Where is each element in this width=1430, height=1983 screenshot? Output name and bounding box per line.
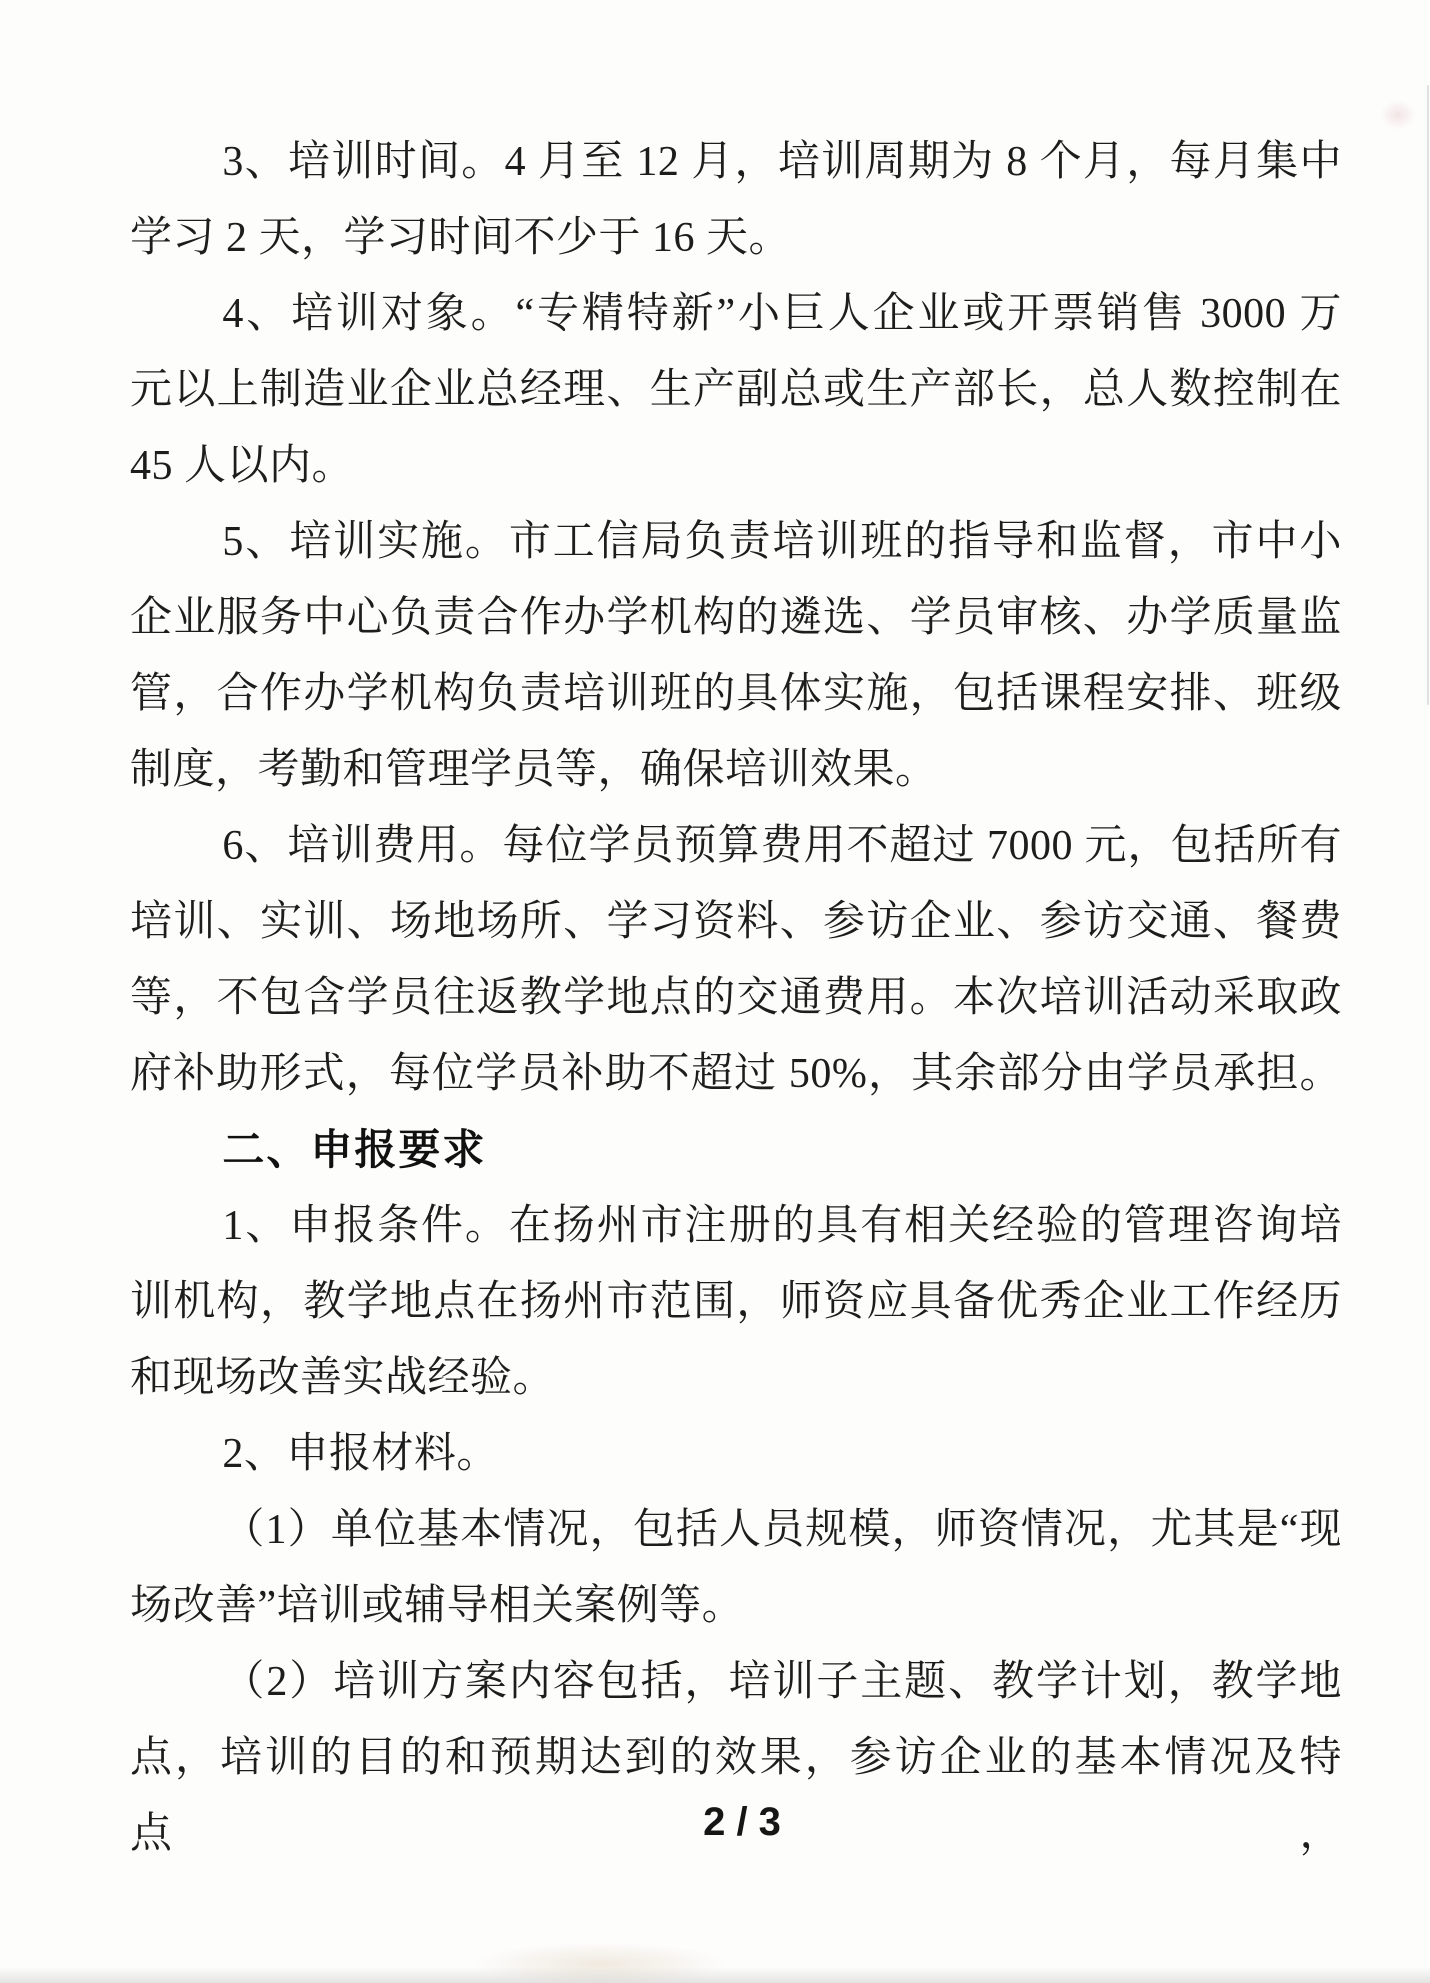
document-body: 3、培训时间。4 月至 12 月，培训周期为 8 个月，每月集中 学习 2 天，… [130, 124, 1342, 1796]
paragraph-line: 等，不包含学员往返教学地点的交通费用。本次培训活动采取政 [130, 960, 1342, 1036]
paragraph-line: 和现场改善实战经验。 [130, 1340, 1342, 1416]
paragraph-line: 点，培训的目的和预期达到的效果，参访企业的基本情况及特点， [130, 1720, 1342, 1796]
scan-bottom-shadow [0, 1967, 1430, 1983]
document-page: 3、培训时间。4 月至 12 月，培训周期为 8 个月，每月集中 学习 2 天，… [0, 0, 1430, 1983]
paragraph-line: 企业服务中心负责合作办学机构的遴选、学员审核、办学质量监 [130, 580, 1342, 656]
paragraph-line: 2、申报材料。 [130, 1416, 1342, 1492]
paragraph-line: 45 人以内。 [130, 428, 1342, 504]
paragraph-line: 学习 2 天，学习时间不少于 16 天。 [130, 200, 1342, 276]
page-number: 2 / 3 [27, 1800, 1430, 1845]
paragraph-line: 4、培训对象。“专精特新”小巨人企业或开票销售 3000 万 [130, 276, 1342, 352]
paragraph-line: 府补助形式，每位学员补助不超过 50%，其余部分由学员承担。 [130, 1036, 1342, 1112]
paragraph-line: （2）培训方案内容包括，培训子主题、教学计划，教学地 [130, 1644, 1342, 1720]
scan-smudge-top [1380, 100, 1416, 130]
paragraph-line: 管，合作办学机构负责培训班的具体实施，包括课程安排、班级 [130, 656, 1342, 732]
paragraph-line: 培训、实训、场地场所、学习资料、参访企业、参访交通、餐费 [130, 884, 1342, 960]
paragraph-line: 元以上制造业企业总经理、生产副总或生产部长，总人数控制在 [130, 352, 1342, 428]
section-heading: 二、申报要求 [130, 1112, 1342, 1188]
paragraph-line: 3、培训时间。4 月至 12 月，培训周期为 8 个月，每月集中 [130, 124, 1342, 200]
paragraph-line: 场改善”培训或辅导相关案例等。 [130, 1568, 1342, 1644]
paragraph-line: 5、培训实施。市工信局负责培训班的指导和监督，市中小 [130, 504, 1342, 580]
paragraph-line: 制度，考勤和管理学员等，确保培训效果。 [130, 732, 1342, 808]
paragraph-line: 1、申报条件。在扬州市注册的具有相关经验的管理咨询培 [130, 1188, 1342, 1264]
scan-edge-artifact [1427, 85, 1429, 705]
paragraph-line: （1）单位基本情况，包括人员规模，师资情况，尤其是“现 [130, 1492, 1342, 1568]
paragraph-line: 6、培训费用。每位学员预算费用不超过 7000 元，包括所有 [130, 808, 1342, 884]
paragraph-line: 训机构，教学地点在扬州市范围，师资应具备优秀企业工作经历 [130, 1264, 1342, 1340]
